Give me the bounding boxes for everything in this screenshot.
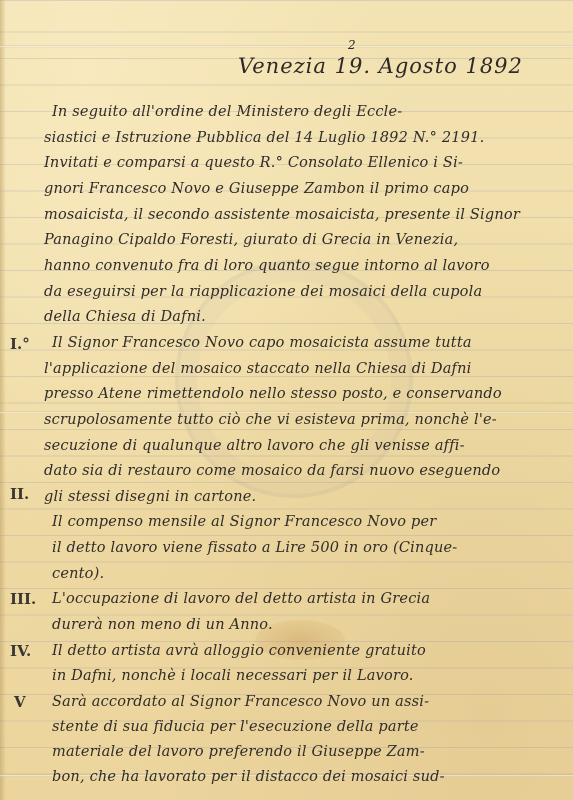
article-numeral-2: II. xyxy=(10,485,29,503)
article-1-line: l'applicazione del mosaico staccato nell… xyxy=(44,361,471,377)
preamble-line: della Chiesa di Dafni. xyxy=(44,309,206,325)
article-1-line: Il Signor Francesco Novo capo mosaicista… xyxy=(52,335,472,351)
article-numeral-4: IV. xyxy=(10,642,31,660)
article-3-line: durerà non meno di un Anno. xyxy=(52,617,273,633)
preamble-line: siastici e Istruzione Pubblica del 14 Lu… xyxy=(44,130,484,146)
article-numeral-1: I.° xyxy=(10,335,30,353)
article-5-line: stente di sua fiducia per l'esecuzione d… xyxy=(52,719,419,735)
preamble-line: Invitati e comparsi a questo R.° Consola… xyxy=(44,155,463,171)
dateline: 2 Venezia 19. Agosto 1892 xyxy=(238,54,523,78)
article-1-line: secuzione di qualunque altro lavoro che … xyxy=(44,438,465,454)
article-numeral-3: III. xyxy=(10,590,36,608)
article-1-line: gli stessi disegni in cartone. xyxy=(44,489,256,505)
dateline-superscript: 2 xyxy=(348,38,357,52)
article-numeral-5: V xyxy=(14,693,26,711)
article-1-line: scrupolosamente tutto ciò che vi esistev… xyxy=(44,412,497,428)
article-3-line: L'occupazione di lavoro del detto artist… xyxy=(52,591,430,607)
preamble-line: In seguito all'ordine del Ministero degl… xyxy=(52,104,402,120)
article-4-line: in Dafni, nonchè i locali necessari per … xyxy=(52,668,414,684)
article-2-line: cento). xyxy=(52,566,104,582)
preamble-line: gnori Francesco Novo e Giuseppe Zambon i… xyxy=(44,181,469,197)
preamble-line: mosaicista, il secondo assistente mosaic… xyxy=(44,207,520,223)
preamble-line: Panagino Cipaldo Foresti, giurato di Gre… xyxy=(44,232,458,248)
article-5-line: bon, che ha lavorato per il distacco dei… xyxy=(52,769,445,785)
article-5-line: Sarà accordato al Signor Francesco Novo … xyxy=(52,694,429,710)
article-2-line: Il compenso mensile al Signor Francesco … xyxy=(52,514,436,530)
handwritten-letter: 2 Venezia 19. Agosto 1892 In seguito all… xyxy=(0,0,573,800)
article-5-line: materiale del lavoro preferendo il Giuse… xyxy=(52,744,425,760)
article-1-line: presso Atene rimettendolo nello stesso p… xyxy=(44,386,502,402)
article-4-line: Il detto artista avrà alloggio convenien… xyxy=(52,643,426,659)
dateline-text: Venezia 19. Agosto 1892 xyxy=(238,54,523,78)
article-1-line: dato sia di restauro come mosaico da far… xyxy=(44,463,500,479)
article-2-line: il detto lavoro viene fissato a Lire 500… xyxy=(52,540,457,556)
preamble-line: hanno convenuto fra di loro quanto segue… xyxy=(44,258,490,274)
preamble-line: da eseguirsi per la riapplicazione dei m… xyxy=(44,284,482,300)
